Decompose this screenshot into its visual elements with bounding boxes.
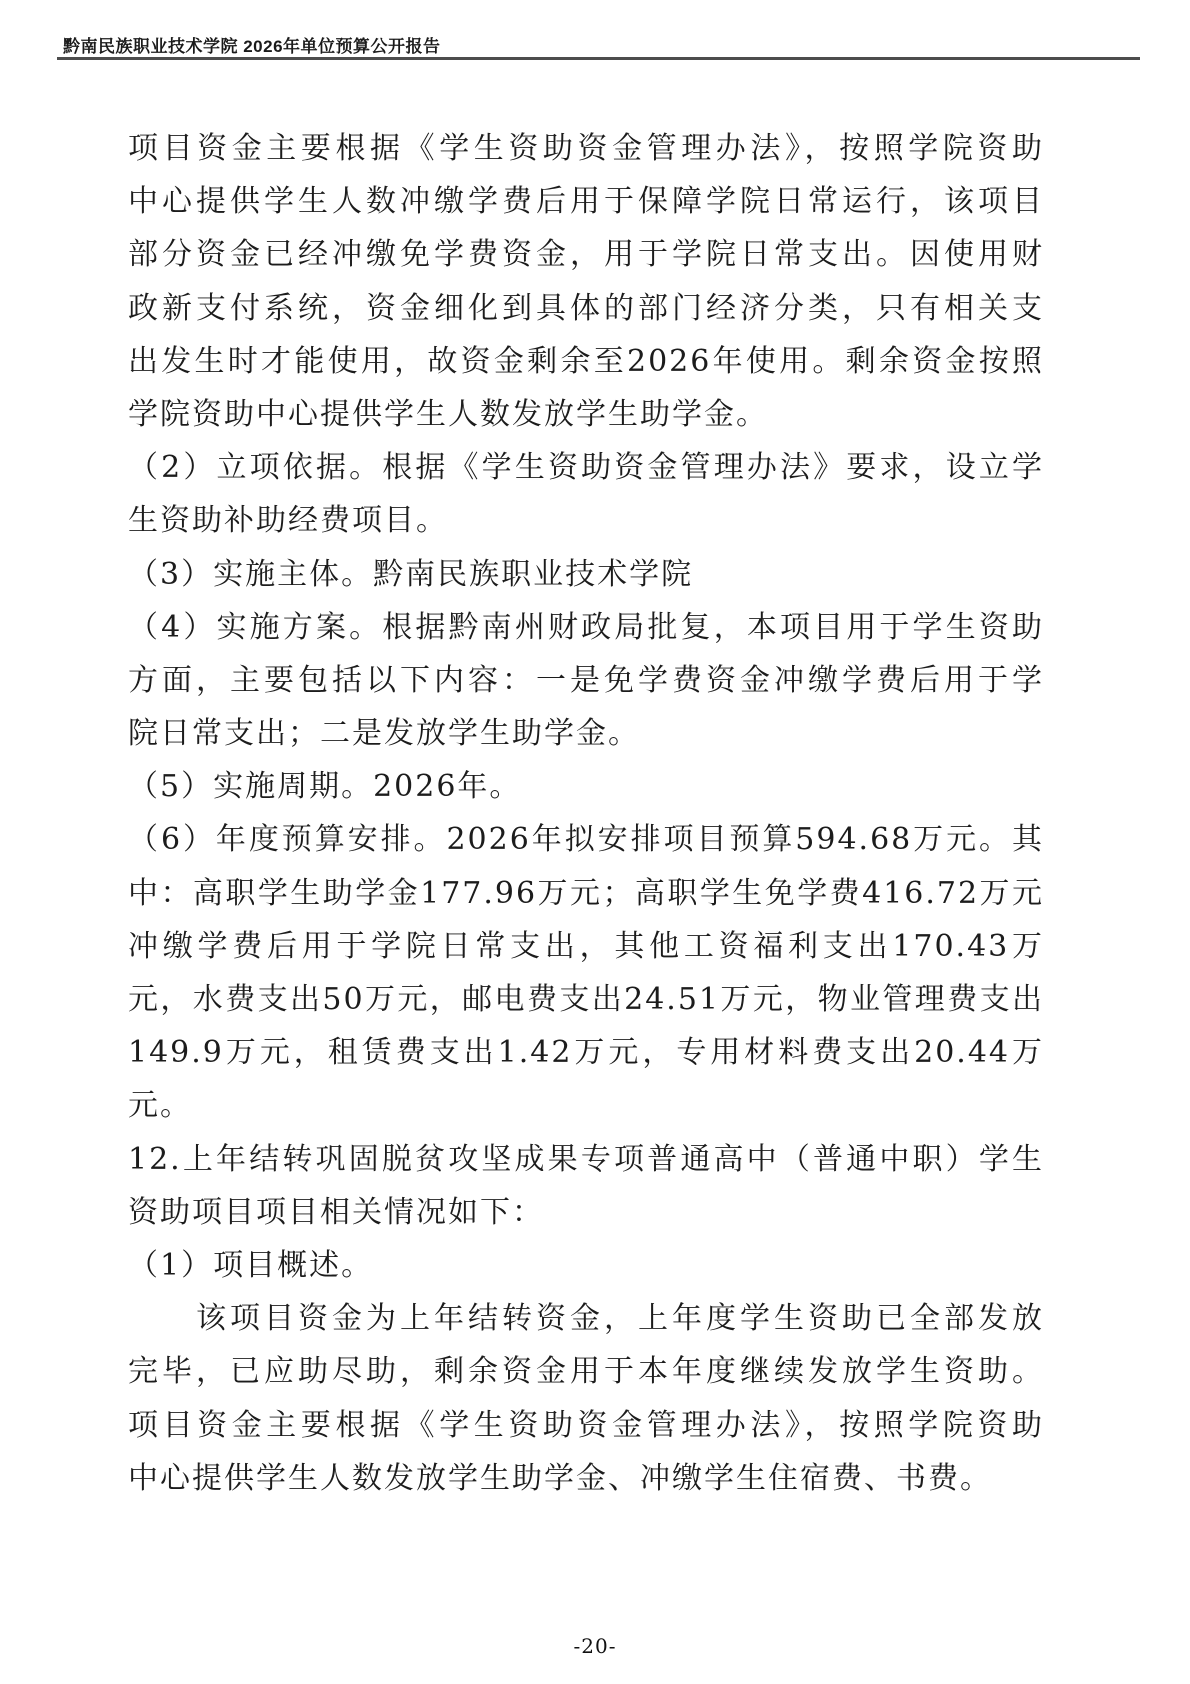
text-line: （5）实施周期。2026年。	[128, 760, 1044, 813]
paragraph: （5）实施周期。2026年。	[128, 760, 1044, 813]
text-line: 出发生时才能使用，故资金剩余至2026年使用。剩余资金按照	[128, 335, 1044, 388]
paragraph: 12.上年结转巩固脱贫攻坚成果专项普通高中（普通中职）学生资助项目项目相关情况如…	[128, 1133, 1044, 1239]
document-page: 黔南民族职业技术学院 2026年单位预算公开报告 项目资金主要根据《学生资助资金…	[0, 0, 1190, 1684]
text-line: 政新支付系统，资金细化到具体的部门经济分类，只有相关支	[128, 282, 1044, 335]
page-header-title: 黔南民族职业技术学院 2026年单位预算公开报告	[63, 32, 441, 57]
paragraph: （2）立项依据。根据《学生资助资金管理办法》要求，设立学生资助补助经费项目。	[128, 441, 1044, 547]
text-line: （1）项目概述。	[128, 1239, 1044, 1292]
text-line: 冲缴学费后用于学院日常支出，其他工资福利支出170.43万	[128, 920, 1044, 973]
paragraph: 该项目资金为上年结转资金，上年度学生资助已全部发放完毕，已应助尽助，剩余资金用于…	[128, 1292, 1044, 1505]
paragraph: （4）实施方案。根据黔南州财政局批复，本项目用于学生资助方面，主要包括以下内容：…	[128, 601, 1044, 761]
page-number: -20-	[0, 1634, 1190, 1658]
text-line: 中心提供学生人数发放学生助学金、冲缴学生住宿费、书费。	[128, 1452, 1044, 1505]
text-line: 生资助补助经费项目。	[128, 494, 1044, 547]
text-line: （3）实施主体。黔南民族职业技术学院	[128, 548, 1044, 601]
text-line: 完毕，已应助尽助，剩余资金用于本年度继续发放学生资助。	[128, 1345, 1044, 1398]
text-line: （6）年度预算安排。2026年拟安排项目预算594.68万元。其	[128, 813, 1044, 866]
text-line: 该项目资金为上年结转资金，上年度学生资助已全部发放	[128, 1292, 1044, 1345]
paragraph: 项目资金主要根据《学生资助资金管理办法》，按照学院资助中心提供学生人数冲缴学费后…	[128, 122, 1044, 441]
text-line: 方面，主要包括以下内容：一是免学费资金冲缴学费后用于学	[128, 654, 1044, 707]
text-line: （2）立项依据。根据《学生资助资金管理办法》要求，设立学	[128, 441, 1044, 494]
document-body: 项目资金主要根据《学生资助资金管理办法》，按照学院资助中心提供学生人数冲缴学费后…	[128, 122, 1044, 1505]
text-line: 12.上年结转巩固脱贫攻坚成果专项普通高中（普通中职）学生	[128, 1133, 1044, 1186]
text-line: 资助项目项目相关情况如下：	[128, 1186, 1044, 1239]
text-line: 中心提供学生人数冲缴学费后用于保障学院日常运行，该项目	[128, 175, 1044, 228]
paragraph: （1）项目概述。	[128, 1239, 1044, 1292]
text-line: 元，水费支出50万元，邮电费支出24.51万元，物业管理费支出	[128, 973, 1044, 1026]
text-line: 学院资助中心提供学生人数发放学生助学金。	[128, 388, 1044, 441]
text-line: （4）实施方案。根据黔南州财政局批复，本项目用于学生资助	[128, 601, 1044, 654]
text-line: 院日常支出；二是发放学生助学金。	[128, 707, 1044, 760]
paragraph: （6）年度预算安排。2026年拟安排项目预算594.68万元。其中：高职学生助学…	[128, 813, 1044, 1132]
header-rule	[57, 57, 1140, 60]
text-line: 149.9万元，租赁费支出1.42万元，专用材料费支出20.44万	[128, 1026, 1044, 1079]
text-line: 部分资金已经冲缴免学费资金，用于学院日常支出。因使用财	[128, 228, 1044, 281]
paragraph: （3）实施主体。黔南民族职业技术学院	[128, 548, 1044, 601]
text-line: 元。	[128, 1079, 1044, 1132]
text-line: 项目资金主要根据《学生资助资金管理办法》，按照学院资助	[128, 1399, 1044, 1452]
text-line: 项目资金主要根据《学生资助资金管理办法》，按照学院资助	[128, 122, 1044, 175]
text-line: 中：高职学生助学金177.96万元；高职学生免学费416.72万元	[128, 867, 1044, 920]
